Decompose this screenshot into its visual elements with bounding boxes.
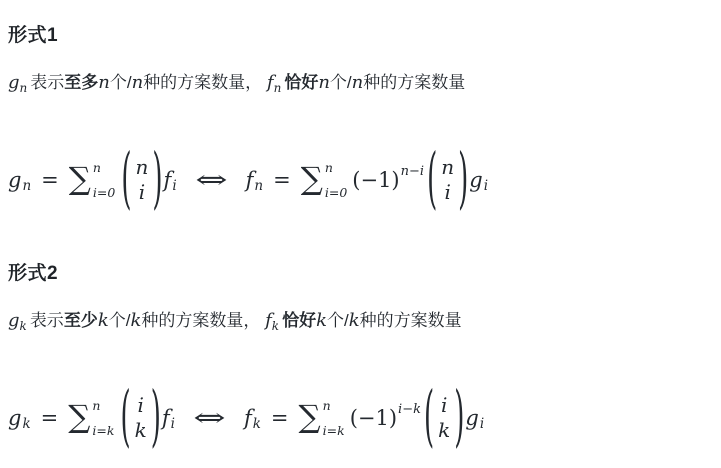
text-segment: 种的方案数量， [143, 73, 262, 92]
binomial-top: i [441, 393, 447, 418]
summation-upper-limit: n [323, 400, 345, 413]
math-subscript: i [480, 416, 484, 432]
sigma-symbol: ∑ [299, 402, 321, 433]
math-subscript: n [22, 178, 31, 194]
summation-limits: n i=0 [93, 159, 115, 201]
bold-emphasis: 恰好 [282, 311, 316, 330]
iff-arrow: ⇔ [195, 165, 227, 194]
sign-factor: (−1) [352, 168, 399, 192]
exponent: i−k [398, 402, 421, 417]
binomial-coefficient: ( i k ) [120, 393, 160, 443]
text-segment: 种的方案数量 [363, 73, 465, 92]
summation: ∑ n i=0 [69, 159, 116, 201]
inline-math-var: f [265, 310, 272, 331]
summation: ∑ n i=k [68, 397, 114, 439]
math-subscript: i [172, 178, 176, 194]
description-form1: gn表示至多n个/n种的方案数量， fn恰好n个/n种的方案数量 [8, 69, 711, 98]
summation-upper-limit: n [93, 162, 115, 175]
open-paren: ( [121, 147, 131, 213]
text-segment: 个/ [327, 311, 349, 330]
math-var: g [469, 168, 482, 192]
text-segment: 表示 [30, 311, 64, 330]
equals-sign: = [273, 168, 291, 192]
binomial-top: n [136, 155, 149, 180]
inline-math-var: g [8, 72, 20, 93]
summation-lower-limit: i=k [92, 425, 114, 438]
binomial-coefficient: ( n i ) [121, 155, 162, 205]
math-var: g [8, 406, 21, 430]
summation: ∑ n i=0 [301, 159, 348, 201]
math-subscript: i [171, 416, 175, 432]
binomial-top: n [441, 155, 454, 180]
inline-math-var: f [267, 72, 274, 93]
bold-emphasis: 至多 [64, 73, 98, 92]
exponent: n−i [401, 164, 424, 179]
text-segment: 表示 [30, 73, 64, 92]
binomial-top: i [137, 393, 143, 418]
section-heading-form1: 形式1 [8, 20, 711, 47]
close-paren: ) [454, 384, 464, 450]
inline-math-subscript: n [274, 81, 282, 95]
binomial-stack: i k [438, 393, 450, 443]
math-subscript: k [253, 416, 261, 432]
binomial-bottom: k [438, 418, 450, 443]
summation-lower-limit: i=0 [93, 187, 115, 200]
inline-math-var: g [8, 310, 20, 331]
binomial-bottom: k [135, 418, 147, 443]
binomial-stack: i k [135, 393, 147, 443]
open-paren: ( [427, 147, 437, 213]
math-var: g [8, 168, 21, 192]
sigma-symbol: ∑ [68, 402, 90, 433]
math-var: g [465, 406, 478, 430]
close-paren: ) [151, 384, 161, 450]
binomial-coefficient: ( i k ) [424, 393, 464, 443]
iff-arrow: ⇔ [193, 403, 225, 432]
inline-math-var: k [316, 310, 327, 331]
text-segment: 种的方案数量， [141, 311, 260, 330]
summation-upper-limit: n [92, 400, 114, 413]
inline-math-var: n [318, 72, 330, 93]
equals-sign: = [41, 168, 59, 192]
inline-math-var: n [132, 72, 144, 93]
math-subscript: k [22, 416, 30, 432]
display-formula-form2: gk = ∑ n i=k ( i k ) fi ⇔ fk = ∑ n i=k (… [8, 376, 711, 460]
binomial-bottom: i [139, 180, 145, 205]
math-var: f [162, 406, 170, 430]
math-subscript: n [254, 178, 263, 194]
summation: ∑ n i=k [299, 397, 345, 439]
bold-emphasis: 恰好 [284, 73, 318, 92]
sign-factor: (−1) [350, 406, 397, 430]
math-var: f [246, 168, 254, 192]
summation-limits: n i=k [323, 397, 345, 439]
display-formula-form1: gn = ∑ n i=0 ( n i ) fi ⇔ fn = ∑ n i=0 (… [8, 138, 711, 222]
math-subscript: i [484, 178, 488, 194]
inline-math-var: k [349, 310, 360, 331]
description-form2: gk表示至少k个/k种的方案数量， fk恰好k个/k种的方案数量 [8, 307, 711, 336]
inline-math-var: k [98, 310, 109, 331]
text-segment: 个/ [109, 311, 131, 330]
sigma-symbol: ∑ [69, 164, 91, 195]
inline-math-var: n [98, 72, 110, 93]
sigma-symbol: ∑ [301, 164, 323, 195]
math-var: f [164, 168, 172, 192]
text-segment: 种的方案数量 [360, 311, 462, 330]
close-paren: ) [458, 147, 468, 213]
text-segment: 个/ [330, 73, 352, 92]
summation-limits: n i=k [92, 397, 114, 439]
summation-limits: n i=0 [325, 159, 347, 201]
open-paren: ( [424, 384, 434, 450]
binomial-stack: n i [441, 155, 454, 205]
inline-math-subscript: k [20, 319, 27, 333]
summation-lower-limit: i=k [323, 425, 345, 438]
binomial-stack: n i [136, 155, 149, 205]
close-paren: ) [152, 147, 162, 213]
inline-math-subscript: n [20, 81, 28, 95]
equals-sign: = [271, 406, 289, 430]
summation-lower-limit: i=0 [325, 187, 347, 200]
bold-emphasis: 至少 [64, 311, 98, 330]
open-paren: ( [120, 384, 130, 450]
inline-math-subscript: k [272, 319, 279, 333]
binomial-bottom: i [444, 180, 450, 205]
inline-math-var: k [130, 310, 141, 331]
binomial-coefficient: ( n i ) [427, 155, 468, 205]
section-heading-form2: 形式2 [8, 258, 711, 285]
equals-sign: = [41, 406, 59, 430]
inline-math-var: n [352, 72, 364, 93]
math-var: f [244, 406, 252, 430]
text-segment: 个/ [110, 73, 132, 92]
summation-upper-limit: n [325, 162, 347, 175]
